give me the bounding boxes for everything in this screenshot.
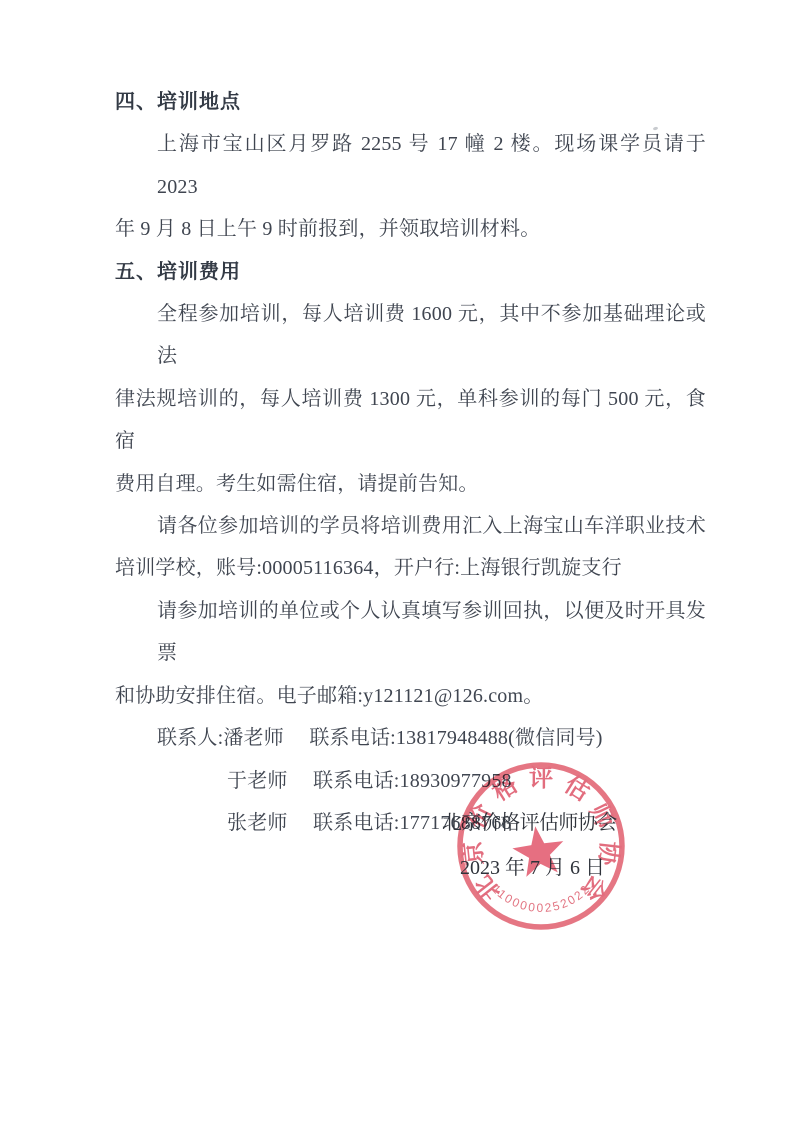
seal-graphic: 北京价格评估师协会 1100000252022 (446, 751, 636, 941)
section-heading: 五、培训费用 (115, 251, 706, 293)
signature-date: 2023 年 7 月 6 日 (460, 855, 605, 881)
signature-org: 北京价格评估师协会 (442, 810, 617, 836)
document-line: 请各位参加培训的学员将培训费用汇入上海宝山车洋职业技术 (115, 505, 706, 547)
document-line: 培训学校，账号:00005116364，开户行:上海银行凯旋支行 (115, 547, 706, 589)
document-line: 律法规培训的，每人培训费 1300 元，单科参训的每门 500 元，食宿 (115, 378, 706, 463)
document-page: 四、培训地点上海市宝山区月罗路 2255 号 17 幢 2 楼。现场课学员请于 … (0, 0, 800, 1140)
document-line: 请参加培训的单位或个人认真填写参训回执，以便及时开具发票 (115, 590, 706, 675)
document-body: 四、培训地点上海市宝山区月罗路 2255 号 17 幢 2 楼。现场课学员请于 … (115, 81, 706, 844)
document-line: 全程参加培训，每人培训费 1600 元，其中不参加基础理论或法 (115, 293, 706, 378)
official-seal: 北京价格评估师协会 1100000252022 (446, 751, 636, 941)
document-line: 费用自理。考生如需住宿，请提前告知。 (115, 463, 706, 505)
section-heading: 四、培训地点 (115, 81, 706, 123)
document-line: 年 9 月 8 日上午 9 时前报到，并领取培训材料。 (115, 208, 706, 250)
document-line: 上海市宝山区月罗路 2255 号 17 幢 2 楼。现场课学员请于 2023 (115, 123, 706, 208)
document-line: 和协助安排住宿。电子邮箱:y121121@126.com。 (115, 675, 706, 717)
seal-serial: 1100000252022 (489, 882, 593, 915)
